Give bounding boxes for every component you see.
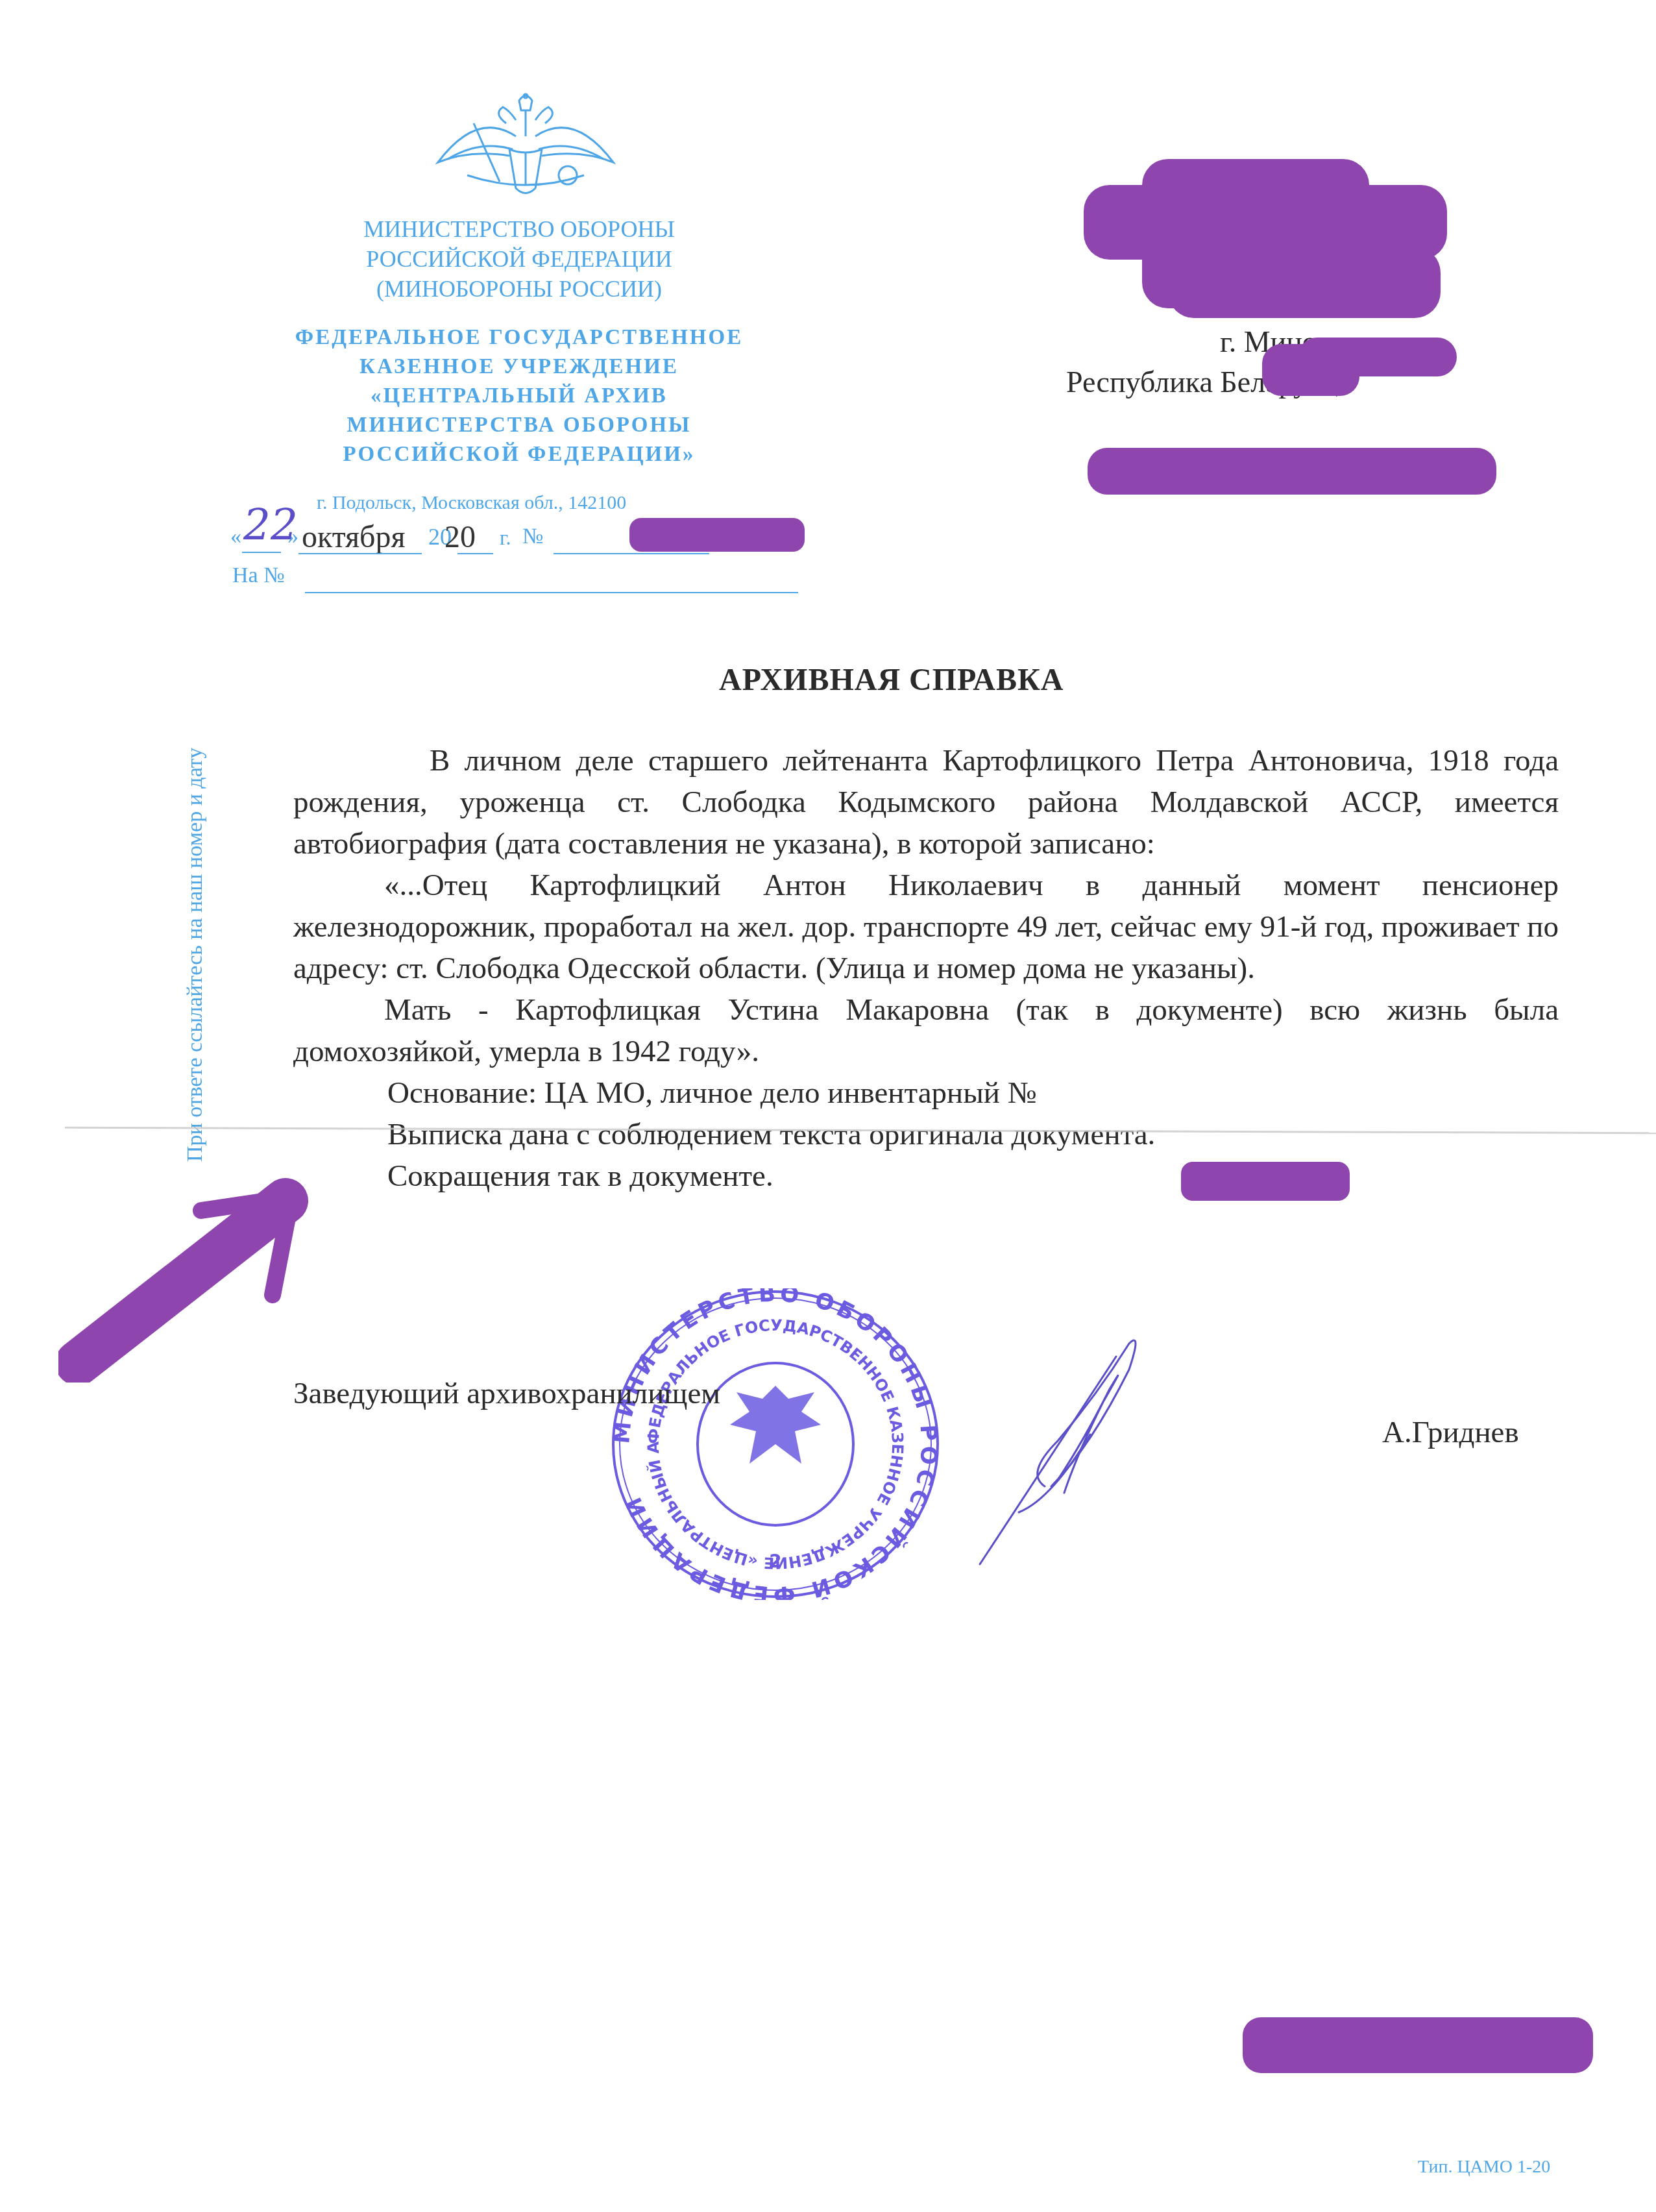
document-title: АРХИВНАЯ СПРАВКА [719,662,1064,698]
paragraph-extract-note: Выписка дана с соблюдением текста оригин… [293,1114,1559,1155]
redaction-outgoing-number [629,518,805,552]
month-underline [298,553,422,554]
institution-header: ФЕДЕРАЛЬНОЕ ГОСУДАРСТВЕННОЕ КАЗЕННОЕ УЧР… [221,323,818,469]
stamp-number: 2 [769,1551,781,1572]
official-stamp-icon: МИНИСТЕРСТВО ОБОРОНЫ РОССИЙСКОЙ ФЕДЕРАЦИ… [607,1288,944,1600]
ministry-line: (МИНОБОРОНЫ РОССИИ) [273,274,766,304]
redaction-recipient-street [1088,448,1496,495]
redaction-postcode [1298,338,1457,376]
institution-line: РОССИЙСКОЙ ФЕДЕРАЦИИ» [221,440,818,469]
paragraph-abbrev-note: Сокращения так в документе. [293,1155,1559,1197]
paragraph-basis: Основание: ЦА МО, личное дело инвентарны… [293,1072,1559,1114]
institution-line: КАЗЕННОЕ УЧРЕЖДЕНИЕ [221,352,818,382]
signer-title: Заведующий архивохранилищем [293,1376,720,1411]
ministry-line: МИНИСТЕРСТВО ОБОРОНЫ [273,214,766,244]
print-type-label: Тип. ЦАМО 1-20 [1418,2157,1550,2178]
paragraph-father: «...Отец Картофлицкий Антон Николаевич в… [293,865,1559,989]
ministry-line: РОССИЙСКОЙ ФЕДЕРАЦИИ [273,244,766,274]
redaction-basis-number [1181,1162,1350,1201]
paragraph-intro: В личном деле старшего лейтенанта Картоф… [293,740,1559,865]
day-underline [242,552,281,553]
number-underline [554,553,709,554]
paragraph-mother: Мать - Картофлицкая Устина Макаровна (та… [293,989,1559,1072]
date-open-quote: « [230,524,241,549]
reply-reference-label: На № [232,563,285,587]
annotation-arrow-icon [58,1168,318,1382]
signer-name: А.Гриднев [1382,1415,1519,1450]
institution-line: МИНИСТЕРСТВА ОБОРОНЫ [221,411,818,440]
sender-address: г. Подольск, Московская обл., 142100 [317,492,626,514]
date-year-suffix: 20 [444,519,476,555]
redaction-executor [1243,2017,1593,2073]
date-year-label: г. [500,526,511,550]
redaction-recipient-name [1168,247,1441,318]
institution-line: «ЦЕНТРАЛЬНЫЙ АРХИВ [221,382,818,411]
year-underline [457,553,493,554]
double-headed-eagle-emblem-icon [428,78,623,208]
date-number-label: № [522,524,543,549]
handwritten-signature-icon [967,1318,1200,1577]
handwritten-day: 22 [243,500,298,550]
institution-line: ФЕДЕРАЛЬНОЕ ГОСУДАРСТВЕННОЕ [221,323,818,352]
date-month: октября [302,519,406,555]
side-note-vertical: При ответе ссылайтесь на наш номер и дат… [183,748,208,1162]
ministry-header: МИНИСТЕРСТВО ОБОРОНЫ РОССИЙСКОЙ ФЕДЕРАЦИ… [273,214,766,304]
reply-reference-underline [305,592,798,593]
reply-reference: На № [232,563,285,588]
